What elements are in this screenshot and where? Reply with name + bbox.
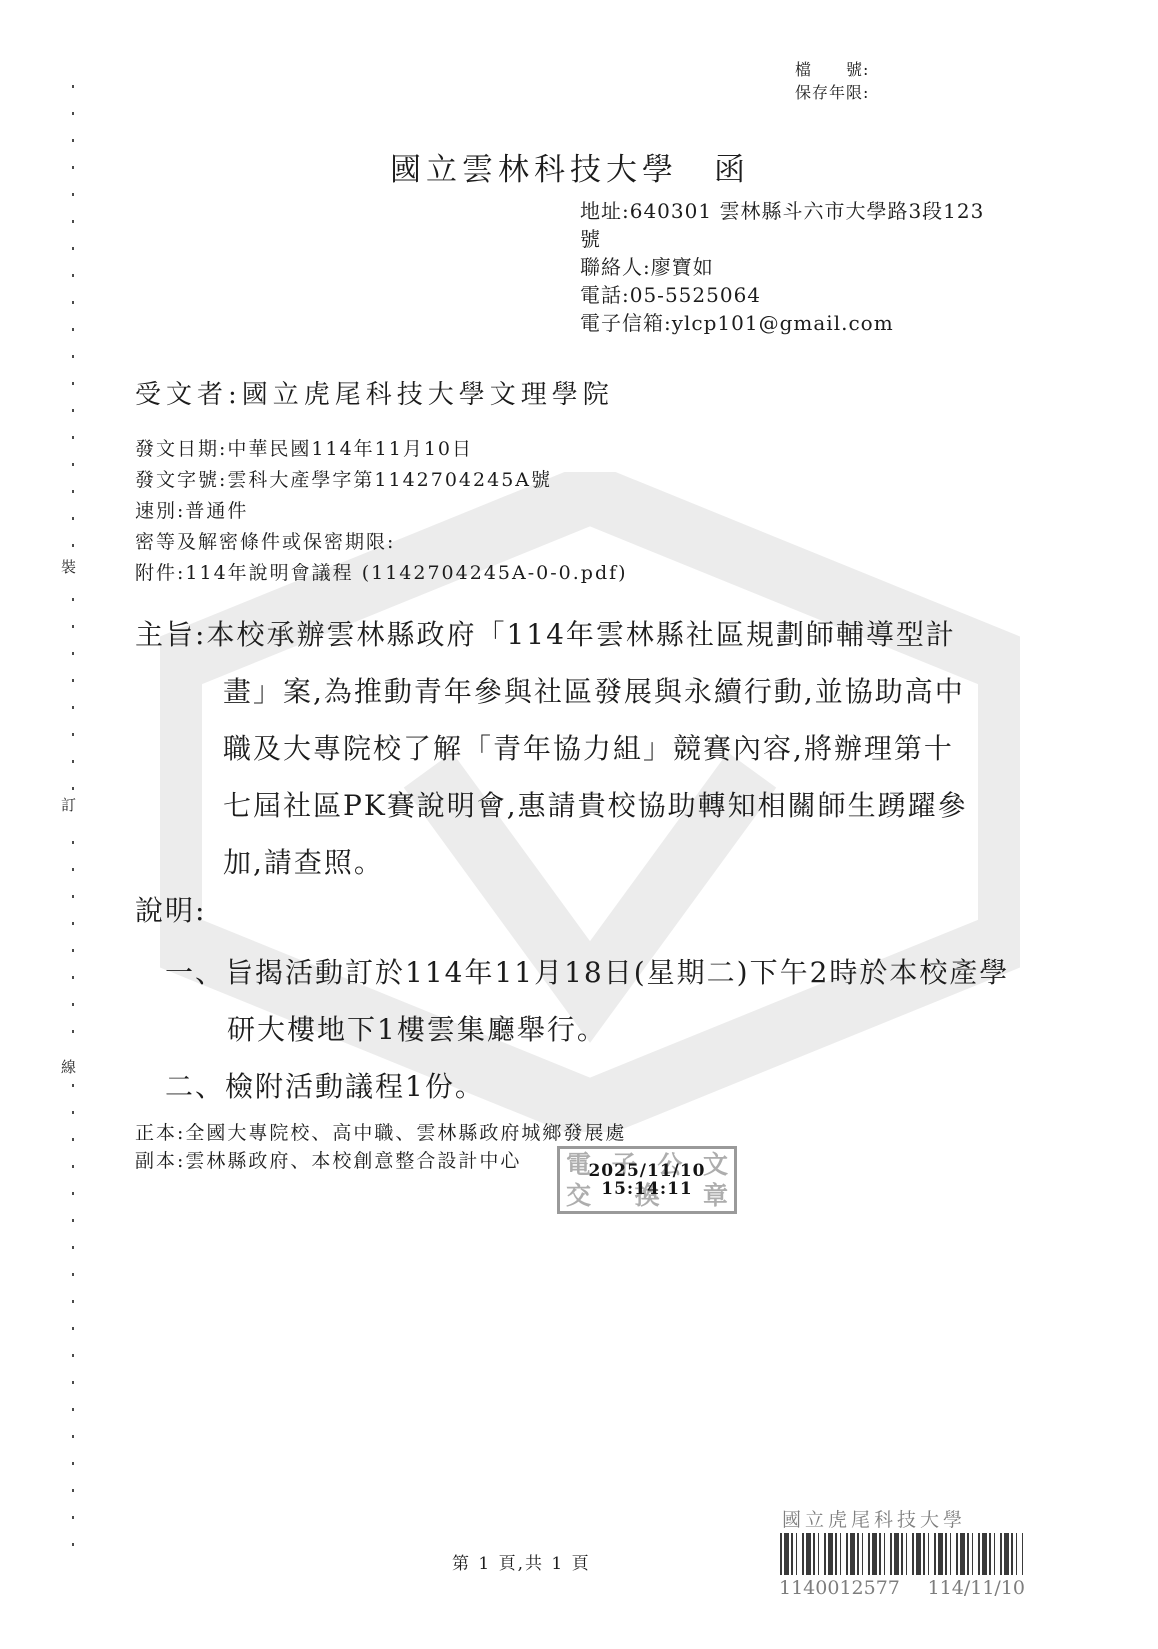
sender-contact-person: 聯絡人:廖寶如 bbox=[580, 253, 984, 281]
electronic-exchange-stamp: 電 子 公 文 交 換 章 2025/11/10 15:14:11 bbox=[557, 1146, 737, 1214]
receipt-numbers: 1140012577 114/11/10 bbox=[779, 1577, 1025, 1599]
receipt-date: 114/11/10 bbox=[928, 1577, 1025, 1599]
item-1-number: 一、 bbox=[165, 956, 225, 989]
retention-period-label: 保存年限: bbox=[795, 81, 869, 104]
binding-mark-xian: 線 bbox=[60, 1052, 77, 1081]
priority-line: 速別:普通件 bbox=[135, 496, 628, 527]
stamp-datetime: 2025/11/10 15:14:11 bbox=[560, 1149, 734, 1211]
issue-date-line: 發文日期:中華民國114年11月10日 bbox=[135, 434, 628, 465]
issue-number-line: 發文字號:雲科大產學字第1142704245A號 bbox=[135, 465, 628, 496]
receipt-barcode bbox=[780, 1533, 1023, 1575]
stamp-date: 2025/11/10 bbox=[588, 1162, 705, 1180]
explanation-item-2: 二、檢附活動議程1份。 bbox=[165, 1058, 1020, 1115]
binding-dotted-line bbox=[72, 85, 74, 1565]
sender-phone: 電話:05-5525064 bbox=[580, 281, 984, 309]
subject-text: 本校承辦雲林縣政府「114年雲林縣社區規劃師輔導型計畫」案,為推動青年參與社區發… bbox=[206, 618, 967, 879]
cc-copy-line: 副本:雲林縣政府、本校創意整合設計中心 bbox=[135, 1147, 626, 1175]
page-number-footer: 第 1 頁,共 1 頁 bbox=[452, 1549, 591, 1574]
original-copy-line: 正本:全國大專院校、高中職、雲林縣政府城鄉發展處 bbox=[135, 1119, 626, 1147]
document-meta-block: 發文日期:中華民國114年11月10日 發文字號:雲科大產學字第11427042… bbox=[135, 434, 628, 589]
sender-contact-block: 地址:640301 雲林縣斗六市大學路3段123 號 聯絡人:廖寶如 電話:05… bbox=[580, 197, 984, 337]
explanation-item-1: 一、旨揭活動訂於114年11月18日(星期二)下午2時於本校產學研大樓地下1樓雲… bbox=[165, 944, 1020, 1058]
receipt-organization: 國立虎尾科技大學 bbox=[782, 1505, 966, 1532]
official-letter-page: 裝 訂 線 檔 號: 保存年限: 國立雲林科技大學 函 地址:640301 雲林… bbox=[0, 0, 1158, 1649]
receipt-number: 1140012577 bbox=[779, 1577, 900, 1599]
document-title: 國立雲林科技大學 函 bbox=[0, 144, 1140, 189]
explanation-label: 說明: bbox=[135, 889, 206, 929]
archive-labels: 檔 號: 保存年限: bbox=[795, 58, 869, 104]
explanation-items: 一、旨揭活動訂於114年11月18日(星期二)下午2時於本校產學研大樓地下1樓雲… bbox=[165, 944, 1020, 1115]
sender-address-line2: 號 bbox=[580, 225, 984, 253]
item-2-number: 二、 bbox=[165, 1070, 225, 1103]
recipient-line: 受文者:國立虎尾科技大學文理學院 bbox=[135, 374, 614, 411]
binding-mark-zhuang: 裝 bbox=[60, 552, 77, 581]
item-2-text: 檢附活動議程1份。 bbox=[225, 1070, 485, 1103]
sender-address-line1: 地址:640301 雲林縣斗六市大學路3段123 bbox=[580, 197, 984, 225]
file-number-label: 檔 號: bbox=[795, 58, 869, 81]
subject-section: 主旨:本校承辦雲林縣政府「114年雲林縣社區規劃師輔導型計畫」案,為推動青年參與… bbox=[135, 606, 980, 891]
sender-email: 電子信箱:ylcp101@gmail.com bbox=[580, 309, 984, 337]
attachment-line: 附件:114年說明會議程 (1142704245A-0-0.pdf) bbox=[135, 558, 628, 589]
item-1-text: 旨揭活動訂於114年11月18日(星期二)下午2時於本校產學研大樓地下1樓雲集廳… bbox=[225, 956, 1009, 1046]
stamp-time: 15:14:11 bbox=[601, 1180, 693, 1198]
security-line: 密等及解密條件或保密期限: bbox=[135, 527, 628, 558]
subject-label: 主旨: bbox=[135, 618, 206, 651]
copies-block: 正本:全國大專院校、高中職、雲林縣政府城鄉發展處 副本:雲林縣政府、本校創意整合… bbox=[135, 1119, 626, 1175]
binding-mark-ding: 訂 bbox=[60, 790, 77, 819]
